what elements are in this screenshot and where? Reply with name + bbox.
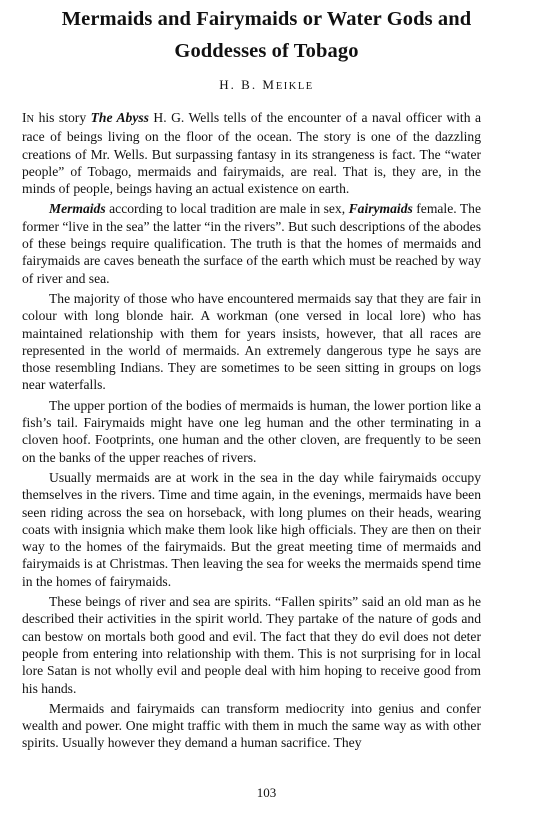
author-initials: H. B.	[219, 77, 262, 92]
term-mermaids: Mermaids	[49, 201, 106, 216]
author-surname-initial: M	[262, 77, 276, 92]
article-body: IN his story The Abyss H. G. Wells tells…	[22, 109, 481, 752]
author-surname-rest: EIKLE	[276, 81, 314, 92]
paragraph-5: Usually mermaids are at work in the sea …	[22, 469, 481, 590]
article-title-line-1: Mermaids and Fairymaids or Water Gods an…	[0, 8, 533, 31]
paragraph-3: The majority of those who have encounter…	[22, 290, 481, 394]
page-number: 103	[0, 785, 533, 801]
paragraph-2: Mermaids according to local tradition ar…	[22, 200, 481, 286]
term-fairymaids: Fairymaids	[349, 201, 413, 216]
opening-smallcaps: N	[27, 114, 35, 125]
document-page: Mermaids and Fairymaids or Water Gods an…	[0, 0, 533, 831]
paragraph-text: according to local tradition are male in…	[106, 201, 349, 216]
paragraph-1: IN his story The Abyss H. G. Wells tells…	[22, 109, 481, 197]
paragraph-7: Mermaids and fairymaids can transform me…	[22, 700, 481, 752]
paragraph-text: his story	[34, 110, 90, 125]
author-byline: H. B. MEIKLE	[0, 77, 533, 93]
article-title-line-2: Goddesses of Tobago	[0, 40, 533, 63]
book-title: The Abyss	[91, 110, 149, 125]
paragraph-6: These beings of river and sea are spirit…	[22, 593, 481, 697]
paragraph-4: The upper portion of the bodies of merma…	[22, 397, 481, 466]
